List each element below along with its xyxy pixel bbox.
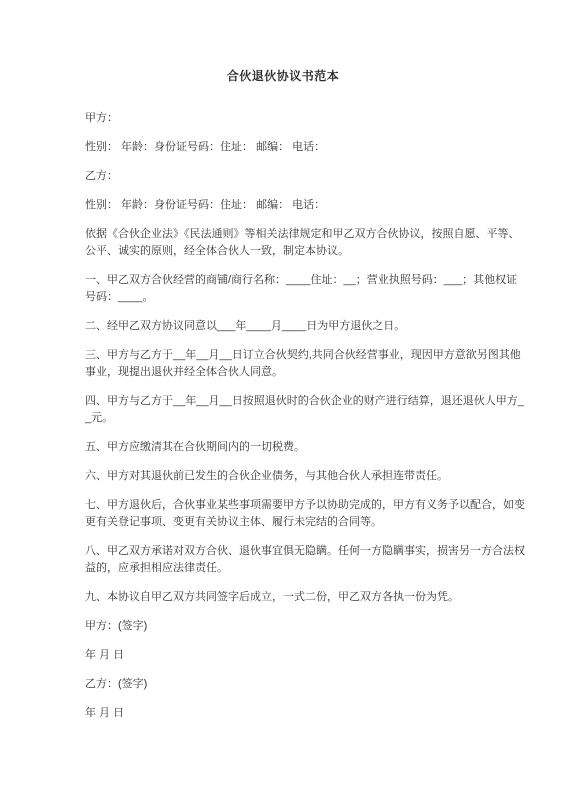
document-title: 合伙退伙协议书范本 — [0, 68, 566, 85]
clause-4: 四、甲方与乙方于__年__月__日按照退伙时的合伙企业的财产进行结算，退还退伙人… — [85, 393, 526, 427]
clause-3: 三、甲方与乙方于__年__月__日订立合伙契约,共同合伙经营事业，现因甲方意欲另… — [85, 347, 526, 381]
party-b-details: 性别： 年龄：身份证号码：住址： 邮编： 电话： — [85, 197, 526, 214]
clause-1: 一、甲乙双方合伙经营的商铺/商行名称：____住址：__；营业执照号码：___；… — [85, 272, 526, 306]
document-page: 合伙退伙协议书范本 甲方： 性别： 年龄：身份证号码：住址： 邮编： 电话： 乙… — [0, 0, 566, 800]
party-b-date-line: 年 月 日 — [85, 705, 526, 722]
clause-5: 五、甲方应缴清其在合伙期间内的一切税费。 — [85, 439, 526, 456]
party-b-signature-line: 乙方：(签字) — [85, 676, 526, 693]
party-a-signature-line: 甲方：(签字) — [85, 618, 526, 635]
clause-7: 七、甲方退伙后，合伙事业某些事项需要甲方予以协助完成的，甲方有义务予以配合，如变… — [85, 497, 526, 531]
preamble: 依据《合伙企业法》《民法通则》等相关法律规定和甲乙双方合伙协议，按照自愿、平等、… — [85, 226, 526, 260]
clause-6: 六、甲方对其退伙前已发生的合伙企业债务，与其他合伙人承担连带责任。 — [85, 468, 526, 485]
clause-2: 二、经甲乙双方协议同意以___年____月____日为甲方退伙之日。 — [85, 318, 526, 335]
party-b-label: 乙方： — [85, 168, 526, 185]
party-a-date-line: 年 月 日 — [85, 647, 526, 664]
party-a-details: 性别： 年龄：身份证号码：住址： 邮编： 电话： — [85, 139, 526, 156]
party-a-label: 甲方： — [85, 110, 526, 127]
clause-9: 九、本协议自甲乙双方共同签字后成立，一式二份，甲乙双方各执一份为凭。 — [85, 589, 526, 606]
clause-8: 八、甲乙双方承诺对双方合伙、退伙事宜俱无隐瞒。任何一方隐瞒事实，损害另一方合法权… — [85, 543, 526, 577]
